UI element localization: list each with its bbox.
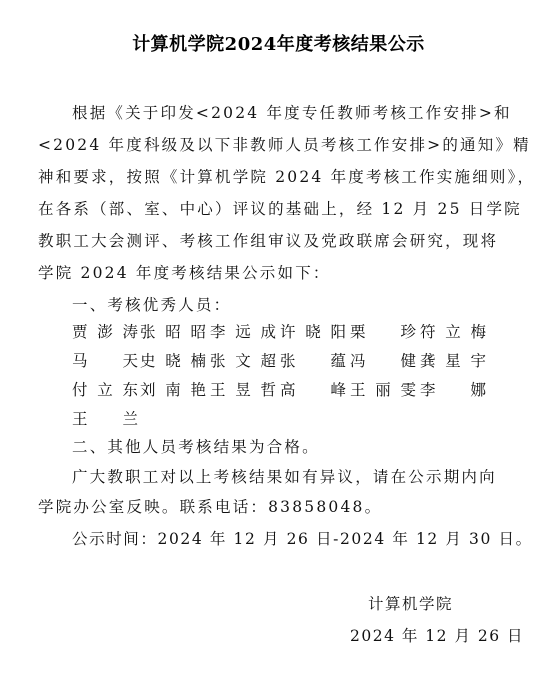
staff-name: 高峰 <box>280 380 346 400</box>
paragraph-line: 在各系（部、室、中心）评议的基础上，经 12 月 25 日学院 <box>38 199 522 219</box>
staff-name: 张蕴 <box>280 351 346 371</box>
section-heading-excellent: 一、考核优秀人员： <box>72 295 231 315</box>
publicity-period: 公示时间：2024 年 12 月 26 日-2024 年 12 月 30 日。 <box>72 529 533 549</box>
staff-name: 贾澎涛 <box>72 322 138 342</box>
staff-name: 付立东 <box>72 380 138 400</box>
staff-name: 许晓阳 <box>280 322 346 342</box>
staff-name: 张昭昭 <box>140 322 206 342</box>
staff-name: 马天 <box>72 351 138 371</box>
objection-line: 广大教职工对以上考核结果如有异议，请在公示期内向 <box>72 467 497 487</box>
paragraph-line: <2024 年度科级及以下非教师人员考核工作安排>的通知》精 <box>38 135 531 155</box>
staff-name: 史晓楠 <box>140 351 206 371</box>
staff-name: 栗珍 <box>350 322 416 342</box>
staff-name: 龚星宇 <box>420 351 486 371</box>
staff-name: 符立梅 <box>420 322 486 342</box>
paragraph-line: 神和要求，按照《计算机学院 2024 年度考核工作实施细则》， <box>38 167 535 187</box>
staff-name: 李远成 <box>210 322 276 342</box>
objection-line: 学院办公室反映。联系电话：83858048。 <box>38 497 382 517</box>
signature-date: 2024 年 12 月 26 日 <box>350 626 524 646</box>
paragraph-line: 根据《关于印发<2024 年度专任教师考核工作安排>和 <box>72 103 512 123</box>
staff-name: 张文超 <box>210 351 276 371</box>
staff-name: 冯健 <box>350 351 416 371</box>
paragraph-line: 学院 2024 年度考核结果公示如下： <box>38 263 331 283</box>
staff-name: 李娜 <box>420 380 486 400</box>
staff-name: 王丽雯 <box>350 380 416 400</box>
staff-name: 王兰 <box>72 409 138 429</box>
staff-name: 王昱哲 <box>210 380 276 400</box>
section-heading-qualified: 二、其他人员考核结果为合格。 <box>72 437 320 457</box>
signature-org: 计算机学院 <box>368 594 453 614</box>
paragraph-line: 教职工大会测评、考核工作组审议及党政联席会研究，现将 <box>38 231 498 251</box>
document-title: 计算机学院2024年度考核结果公示 <box>0 30 557 56</box>
staff-name: 刘南艳 <box>140 380 206 400</box>
